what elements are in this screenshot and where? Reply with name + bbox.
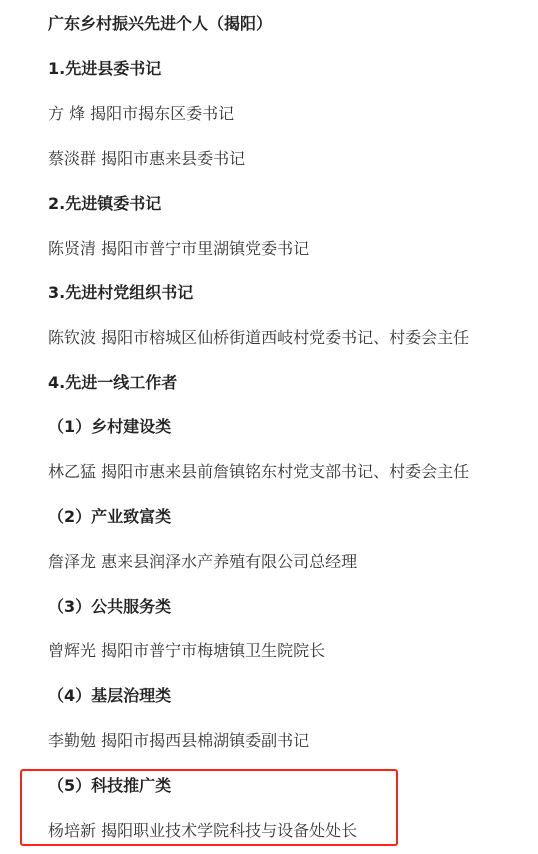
section-heading-county-secretary: 1.先进县委书记	[48, 58, 161, 80]
subsection-heading-public-service: （3）公共服务类	[48, 596, 171, 618]
highlight-box	[20, 769, 398, 846]
section-heading-town-secretary: 2.先进镇委书记	[48, 193, 161, 215]
entry-li-qinmian: 李勤勉 揭阳市揭西县棉湖镇委副书记	[48, 730, 309, 752]
entry-lin-yimeng: 林乙猛 揭阳市惠来县前詹镇铭东村党支部书记、村委会主任	[48, 461, 469, 483]
subsection-heading-industry-prosperity: （2）产业致富类	[48, 506, 171, 528]
document-title: 广东乡村振兴先进个人（揭阳）	[48, 13, 272, 35]
subsection-heading-rural-construction: （1）乡村建设类	[48, 416, 171, 438]
subsection-heading-grassroots-governance: （4）基层治理类	[48, 685, 171, 707]
entry-fang-feng: 方 烽 揭阳市揭东区委书记	[48, 103, 234, 125]
entry-zeng-huiguang: 曾辉光 揭阳市普宁市梅塘镇卫生院院长	[48, 640, 325, 662]
section-heading-frontline-workers: 4.先进一线工作者	[48, 372, 177, 394]
entry-zhan-zelong: 詹泽龙 惠来县润泽水产养殖有限公司总经理	[48, 551, 357, 573]
entry-chen-qinbo: 陈钦波 揭阳市榕城区仙桥街道西岐村党委书记、村委会主任	[48, 327, 469, 349]
entry-cai-danqun: 蔡淡群 揭阳市惠来县委书记	[48, 148, 245, 170]
section-heading-village-secretary: 3.先进村党组织书记	[48, 282, 193, 304]
entry-chen-xianqing: 陈贤清 揭阳市普宁市里湖镇党委书记	[48, 238, 309, 260]
